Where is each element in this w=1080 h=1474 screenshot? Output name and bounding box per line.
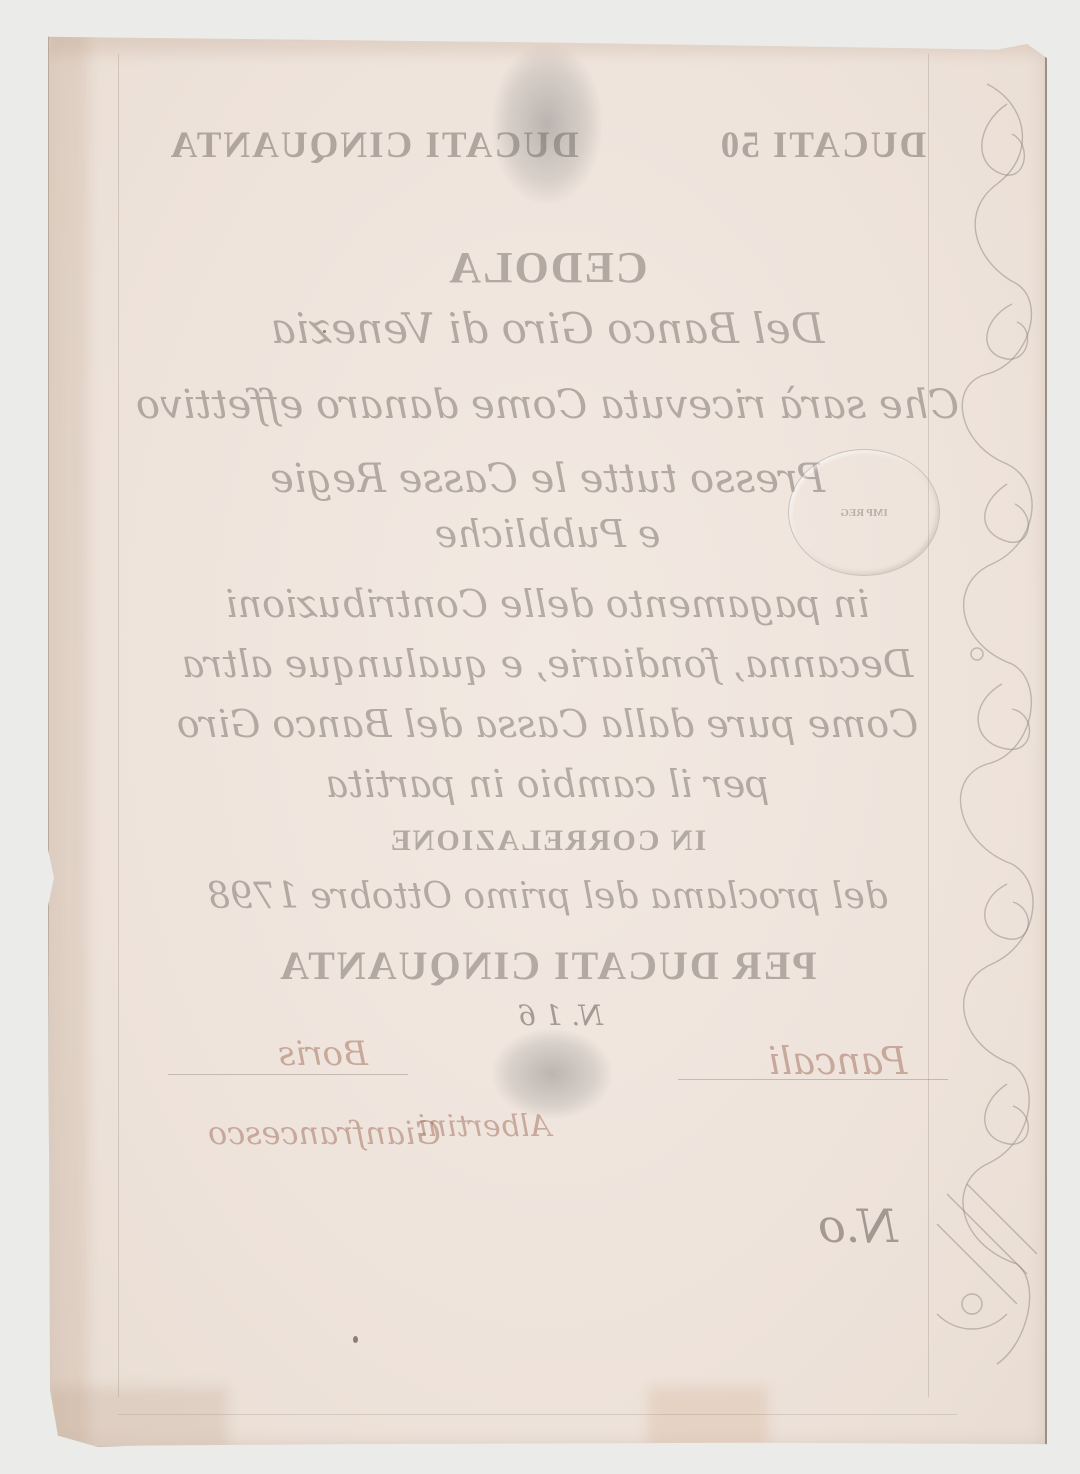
body-line-10: del proclama del primo Ottobre 1798	[48, 876, 1047, 917]
signature-lower-middle: Albertini	[418, 1109, 551, 1144]
dry-embossed-seal: IMP REG	[788, 449, 940, 576]
counter-number: N. 1 6	[518, 999, 603, 1032]
denomination-words: DUCATI CINQUANTA	[169, 124, 579, 167]
signature-right: Pancali	[768, 1039, 907, 1083]
signature-lower-left: Gianfrancesco	[208, 1114, 441, 1152]
body-line-2: Che sarà ricevuta Come danaro effettivo	[48, 382, 1047, 428]
body-line-7: Come pure dalla Cassa del Banco Giro	[48, 702, 1047, 746]
serial-mark: N.o	[818, 1199, 898, 1253]
body-line-8: per il cambio in partita	[48, 762, 1047, 806]
body-line-9: IN CORRELAZIONE	[48, 824, 1047, 858]
denomination-numeric: DUCATI 50	[719, 124, 926, 167]
note-title: CEDOLA	[48, 242, 1047, 293]
denomination-header: DUCATI 50 DUCATI CINQUANTA	[48, 124, 1047, 167]
body-line-5: in pagamento delle Contribuzioni	[48, 582, 1047, 626]
body-line-1: Del Banco Giro di Venezia	[48, 304, 1047, 353]
small-eagle-stamp-icon	[492, 1029, 612, 1119]
amount-line: PER DUCATI CINQUANTA	[48, 942, 1047, 989]
body-line-6: Decanna, fondiarie, e qualunque altra	[48, 642, 1047, 686]
signature-left: Boris	[278, 1034, 368, 1074]
ink-spot	[323, 330, 326, 333]
banknote-paper: DUCATI 50 DUCATI CINQUANTA CEDOLA Del Ba…	[48, 24, 1047, 1447]
ink-spot	[353, 1336, 358, 1343]
signature-line-left	[168, 1074, 408, 1075]
